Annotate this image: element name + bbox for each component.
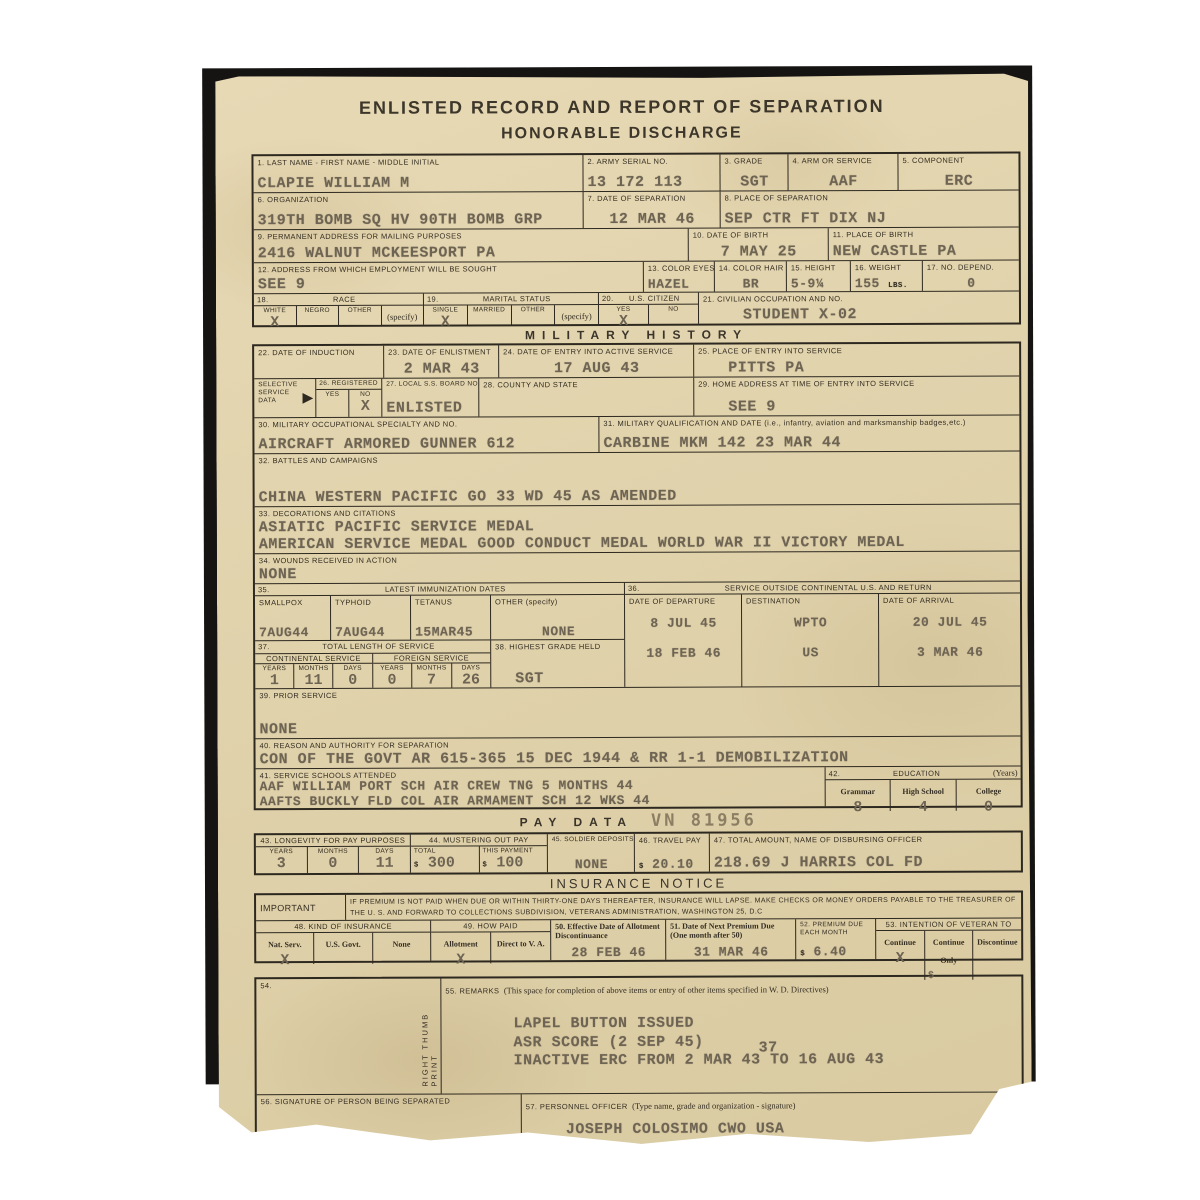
field-mailing-address: 9. PERMANENT ADDRESS FOR MAILING PURPOSE… (254, 229, 689, 263)
field-organization: 6. ORGANIZATION319TH BOMB SQ HV 90TH BOM… (254, 192, 584, 229)
pay-data-box: 43. LONGEVITY FOR PAY PURPOSES YEARS3 MO… (254, 831, 1023, 876)
field-mustering-out-pay: 44. MUSTERING OUT PAY TOTAL$ 300 THIS PA… (411, 834, 548, 872)
field-right-thumb-print: 54.RIGHT THUMB PRINT (256, 979, 441, 1095)
document-paper: ENLISTED RECORD AND REPORT OF SEPARATION… (215, 74, 1032, 1146)
field-prior-service: 39. PRIOR SERVICENONE (255, 687, 1020, 739)
field-county-and-state: 28. COUNTY AND STATE (479, 378, 694, 417)
how-paid-direct-va: Direct to V. A. (491, 933, 550, 964)
education-grammar: Grammar8 (826, 780, 891, 811)
footer-square-icon (1037, 1142, 1046, 1152)
field-education-group: 42.EDUCATION(Years) Grammar8 High School… (826, 767, 1021, 807)
field-marital-status-group: 19.MARITAL STATUS SINGLEX MARRIED OTHER … (424, 293, 599, 325)
marital-option-other: OTHER (511, 306, 555, 326)
field-decorations-citations: 33. DECORATIONS AND CITATIONSASIATIC PAC… (255, 505, 1020, 554)
immunization-other: OTHER (specify)NONE (491, 595, 625, 639)
how-paid-allotment: AllotmentX (431, 933, 491, 964)
service-outside-us-block: 36.SERVICE OUTSIDE CONTINENTAL U.S. AND … (625, 582, 1020, 687)
field-us-citizen-group: 20.U.S. CITIZEN YESX NO (599, 293, 699, 324)
immunization-service-block: 35.LATEST IMMUNIZATION DATES SMALLPOX7AU… (255, 583, 625, 688)
field-how-paid: 49. HOW PAID AllotmentX Direct to V. A. (431, 920, 551, 960)
field-total-amount-disbursing-officer: 47. TOTAL AMOUNT, NAME OF DISBURSING OFF… (710, 833, 1021, 872)
field-grade: 3. GRADESGT (720, 154, 788, 190)
field-color-eyes: 13. COLOR EYESHAZEL (644, 262, 715, 292)
field-signature-person-separated: 56. SIGNATURE OF PERSON BEING SEPARATED (257, 1094, 522, 1145)
important-label: IMPORTANT (256, 895, 346, 920)
total-length-service: 37.TOTAL LENGTH OF SERVICE CONTINENTAL S… (255, 641, 491, 688)
selective-service-data: SELECTIVE SERVICE DATA▶ (254, 379, 316, 417)
field-date-of-enlistment: 23. DATE OF ENLISTMENT2 MAR 43 (384, 345, 499, 377)
intention-discontinue: Discontinue (974, 931, 1022, 980)
field-intention-of-veteran: 53. INTENTION OF VETERAN TO ContinueX Co… (876, 919, 1021, 960)
field-military-qualification: 31. MILITARY QUALIFICATION AND DATE (i.e… (599, 416, 1019, 452)
field-army-serial-no: 2. ARMY SERIAL NO.13 172 113 (583, 155, 720, 191)
marital-option-married: MARRIED (468, 306, 512, 326)
handwritten-voucher-number: VN 81956 (651, 810, 757, 830)
citizen-option-yes: YESX (599, 305, 649, 325)
field-weight: 16. WEIGHT155 LBS. (851, 261, 923, 291)
field-date-of-birth: 10. DATE OF BIRTH7 MAY 25 (689, 228, 829, 260)
field-longevity-group: 43. LONGEVITY FOR PAY PURPOSES YEARS3 MO… (256, 835, 411, 874)
field-premium-due-each-month: 52. PREMIUM DUE EACH MONTH$ 6.40 (796, 919, 876, 959)
supersede-note: This form supersedes all previous editio… (433, 1152, 665, 1185)
insurance-none: None (373, 933, 430, 964)
immunization-smallpox: SMALLPOX7AUG44 (255, 596, 331, 640)
field-component: 5. COMPONENTERC (898, 154, 1018, 190)
form-date: 1 November 1944 (291, 1163, 352, 1173)
field-travel-pay: 46. TRAVEL PAY$ 20.10 (635, 834, 710, 872)
longevity-days: DAYS11 (359, 847, 410, 873)
race-option-white: WHITEX (254, 306, 297, 326)
race-option-negro: NEGRO (296, 306, 339, 326)
remarks-signature-box: 54.RIGHT THUMB PRINT 55. REMARKS (This s… (254, 975, 1024, 1148)
field-color-hair: 14. COLOR HAIRBR (715, 261, 787, 291)
field-soldier-deposits: 45. SOLDIER DEPOSITSNONE (548, 834, 635, 872)
col-date-arrival: DATE OF ARRIVAL20 JUL 453 MAR 46 (879, 594, 1020, 686)
copy-designation: 7. REEMPLOYMENT COMMITTEEMAN COPY (To: S… (679, 1151, 1009, 1184)
continental-years: YEARS1 (255, 664, 294, 688)
education-college: College0 (956, 780, 1020, 811)
registered-option-yes: YES (316, 390, 349, 417)
field-highest-grade: 38. HIGHEST GRADE HELDSGT (491, 640, 625, 687)
field-height: 15. HEIGHT5-9¼ (787, 261, 851, 291)
important-text: IF PREMIUM IS NOT PAID WHEN DUE OR WITHI… (346, 893, 1021, 920)
field-home-address-entry: 29. HOME ADDRESS AT TIME OF ENTRY INTO S… (694, 377, 1019, 416)
registered-option-no: NOX (349, 390, 381, 417)
race-option-other: OTHER (339, 306, 382, 326)
selective-service-arrow-icon: ▶ (302, 392, 313, 402)
field-date-of-separation: 7. DATE OF SEPARATION12 MAR 46 (584, 192, 721, 228)
field-date-entry-active-service: 24. DATE OF ENTRY INTO ACTIVE SERVICE17 … (499, 345, 694, 378)
scan-background: ENLISTED RECORD AND REPORT OF SEPARATION… (0, 0, 1200, 1200)
asr-score-value: 37 (759, 1039, 778, 1056)
continental-days: DAYS0 (334, 664, 372, 688)
field-employment-address: 12. ADDRESS FROM WHICH EMPLOYMENT WILL B… (254, 262, 644, 293)
field-last-name: 1. LAST NAME - FIRST NAME - MIDDLE INITI… (253, 155, 583, 192)
longevity-months: MONTHS0 (308, 847, 360, 873)
intention-continue-only: Continue Only$ (925, 931, 974, 980)
military-history-box: 22. DATE OF INDUCTION 23. DATE OF ENLIST… (252, 342, 1023, 811)
col-destination: DESTINATIONWPTOUS (742, 594, 879, 686)
mustering-this-payment: THIS PAYMENT$ 100 (479, 847, 547, 873)
field-place-of-separation: 8. PLACE OF SEPARATIONSEP CTR FT DIX NJ (721, 191, 1019, 228)
field-next-premium-due: 51. Date of Next Premium Due (One month … (666, 919, 796, 959)
foreign-months: MONTHS7 (412, 664, 452, 688)
field-allotment-discontinuance-date: 50. Effective Date of Allotment Disconti… (551, 920, 666, 960)
immunization-typhoid: TYPHOID7AUG44 (331, 596, 411, 640)
document-title: ENLISTED RECORD AND REPORT OF SEPARATION (215, 96, 1028, 120)
education-high-school: High School4 (891, 780, 956, 811)
field-registered-group: 26. REGISTERED YES NOX (316, 379, 382, 417)
continental-service: CONTINENTAL SERVICE YEARS1 MONTHS11 DAYS… (255, 654, 373, 689)
citizen-option-no: NO (649, 305, 698, 325)
field-race-group: 18.RACE WHITEX NEGRO OTHER (specify) (254, 294, 424, 326)
race-specify: (specify) (381, 306, 423, 326)
field-civilian-occupation: 21. CIVILIAN OCCUPATION AND NO.STUDENT X… (699, 292, 1019, 324)
field-wounds-received: 34. WOUNDS RECEIVED IN ACTIONNONE (255, 552, 1020, 584)
field-personnel-officer: 57. PERSONNEL OFFICER (Type name, grade … (522, 1093, 1022, 1145)
form-footer: WD AGO FORM 53 - 551 November 1944 This … (291, 1150, 1060, 1185)
foreign-service: FOREIGN SERVICE YEARS0 MONTHS7 DAYS26 (373, 653, 491, 688)
field-place-entry-service: 25. PLACE OF ENTRY INTO SERVICEPITTS PA (694, 344, 1019, 377)
col-date-departure: DATE OF DEPARTURE8 JUL 4518 FEB 46 (625, 595, 742, 687)
field-remarks: 55. REMARKS (This space for completion o… (441, 977, 1021, 1094)
document-subtitle: HONORABLE DISCHARGE (215, 124, 1028, 145)
scanned-document: ENLISTED RECORD AND REPORT OF SEPARATION… (0, 0, 1200, 1200)
field-local-ss-board: 27. LOCAL S.S. BOARD NO.ENLISTED (382, 378, 479, 416)
field-reason-authority-separation: 40. REASON AND AUTHORITY FOR SEPARATIONC… (255, 737, 1020, 769)
mustering-total: TOTAL$ 300 (411, 847, 480, 873)
marital-specify: (specify) (555, 305, 598, 325)
form-number: WD AGO FORM 53 - 551 November 1944 (291, 1153, 419, 1185)
marital-option-single: SINGLEX (424, 306, 468, 326)
field-battles-campaigns: 32. BATTLES AND CAMPAIGNSCHINA WESTERN P… (254, 452, 1019, 507)
insurance-nat-serv: Nat. Serv.X (256, 933, 314, 964)
continental-months: MONTHS11 (294, 664, 333, 688)
insurance-us-govt: U.S. Govt. (314, 933, 372, 964)
field-date-of-induction: 22. DATE OF INDUCTION (254, 346, 384, 378)
field-no-dependents: 17. NO. DEPEND.0 (923, 261, 1019, 291)
immunization-tetanus: TETANUS15MAR45 (411, 596, 491, 640)
field-military-specialty: 30. MILITARY OCCUPATIONAL SPECIALTY AND … (254, 417, 599, 453)
foreign-days: DAYS26 (452, 664, 491, 688)
personal-data-box: 1. LAST NAME - FIRST NAME - MIDDLE INITI… (251, 152, 1021, 328)
insurance-box: IMPORTANT IF PREMIUM IS NOT PAID WHEN DU… (254, 891, 1023, 964)
field-place-of-birth: 11. PLACE OF BIRTHNEW CASTLE PA (829, 228, 1019, 261)
field-kind-of-insurance: 48. KIND OF INSURANCE Nat. Serv.X U.S. G… (256, 921, 431, 962)
right-thumb-print-label: RIGHT THUMB PRINT (420, 987, 438, 1087)
field-service-schools: 41. SERVICE SCHOOLS ATTENDEDAAF WILLIAM … (256, 767, 826, 808)
foreign-years: YEARS0 (373, 664, 413, 688)
intention-continue: ContinueX (876, 931, 925, 980)
field-arm-or-service: 4. ARM OR SERVICEAAF (788, 154, 898, 190)
longevity-years: YEARS3 (256, 847, 308, 873)
